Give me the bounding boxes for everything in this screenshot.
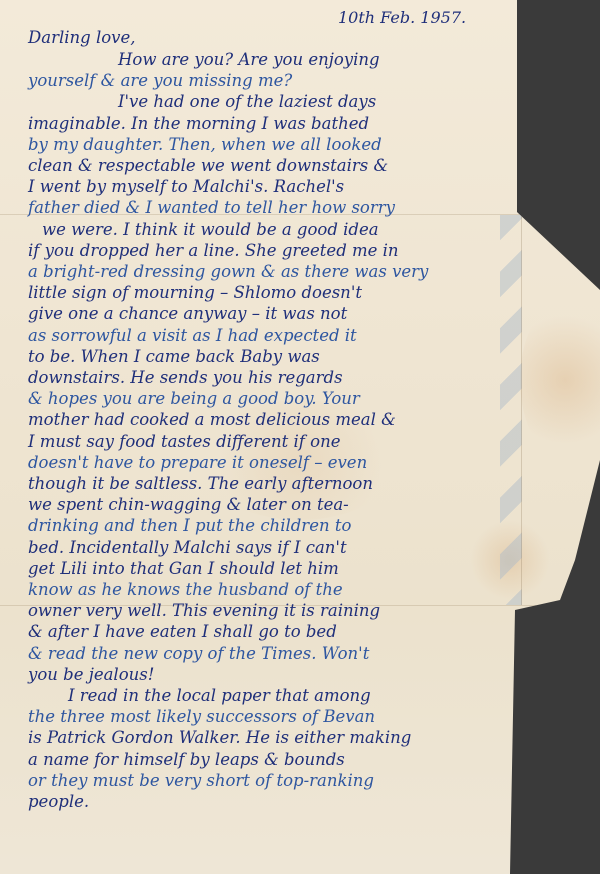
letter-date: 10th Feb. 1957. <box>338 8 466 27</box>
fold-line <box>521 215 522 605</box>
letter-line: father died & I wanted to tell her how s… <box>28 198 395 217</box>
letter-line: I must say food tastes different if one <box>28 432 340 451</box>
letter-line: downstairs. He sends you his regards <box>28 368 343 387</box>
letter-line: doesn't have to prepare it oneself – eve… <box>28 453 367 472</box>
letter-line: as sorrowful a visit as I had expected i… <box>28 326 357 345</box>
letter-line: the three most likely successors of Beva… <box>28 707 375 726</box>
letter-line: we were. I think it would be a good idea <box>42 220 379 239</box>
letter-line: owner very well. This evening it is rain… <box>28 601 380 620</box>
letter-line: give one a chance anyway – it was not <box>28 304 347 323</box>
letter-line: we spent chin-wagging & later on tea- <box>28 495 349 514</box>
letter-line: though it be saltless. The early afterno… <box>28 474 373 493</box>
letter-line: or they must be very short of top-rankin… <box>28 771 374 790</box>
letter-line: yourself & are you missing me? <box>28 71 292 90</box>
letter-line: I've had one of the laziest days <box>118 92 376 111</box>
letter-line: clean & respectable we went downstairs & <box>28 156 388 175</box>
letter-line: a name for himself by leaps & bounds <box>28 750 345 769</box>
letter-line: is Patrick Gordon Walker. He is either m… <box>28 728 411 747</box>
letter-line: & hopes you are being a good boy. Your <box>28 389 360 408</box>
letter-line: mother had cooked a most delicious meal … <box>28 410 396 429</box>
airmail-stripes <box>500 215 522 605</box>
letter-line: know as he knows the husband of the <box>28 580 343 599</box>
letter-line: to be. When I came back Baby was <box>28 347 320 366</box>
letter-line: people. <box>28 792 89 811</box>
letter-line: get Lili into that Gan I should let him <box>28 559 339 578</box>
letter-line: a bright-red dressing gown & as there wa… <box>28 262 428 281</box>
salutation: Darling love, <box>28 28 135 47</box>
letter-line: I went by myself to Malchi's. Rachel's <box>28 177 344 196</box>
letter-line: imaginable. In the morning I was bathed <box>28 114 369 133</box>
letter-line: bed. Incidentally Malchi says if I can't <box>28 538 347 557</box>
letter-line: I read in the local paper that among <box>68 686 371 705</box>
letter-line: by my daughter. Then, when we all looked <box>28 135 382 154</box>
letter-line: drinking and then I put the children to <box>28 516 351 535</box>
letter-line: you be jealous! <box>28 665 154 684</box>
letter-line: & read the new copy of the Times. Won't <box>28 644 369 663</box>
letter-line: How are you? Are you enjoying <box>118 50 380 69</box>
letter-line: if you dropped her a line. She greeted m… <box>28 241 399 260</box>
letter-line: little sign of mourning – Shlomo doesn't <box>28 283 362 302</box>
paper-stain <box>520 300 600 460</box>
letter-line: & after I have eaten I shall go to bed <box>28 622 337 641</box>
